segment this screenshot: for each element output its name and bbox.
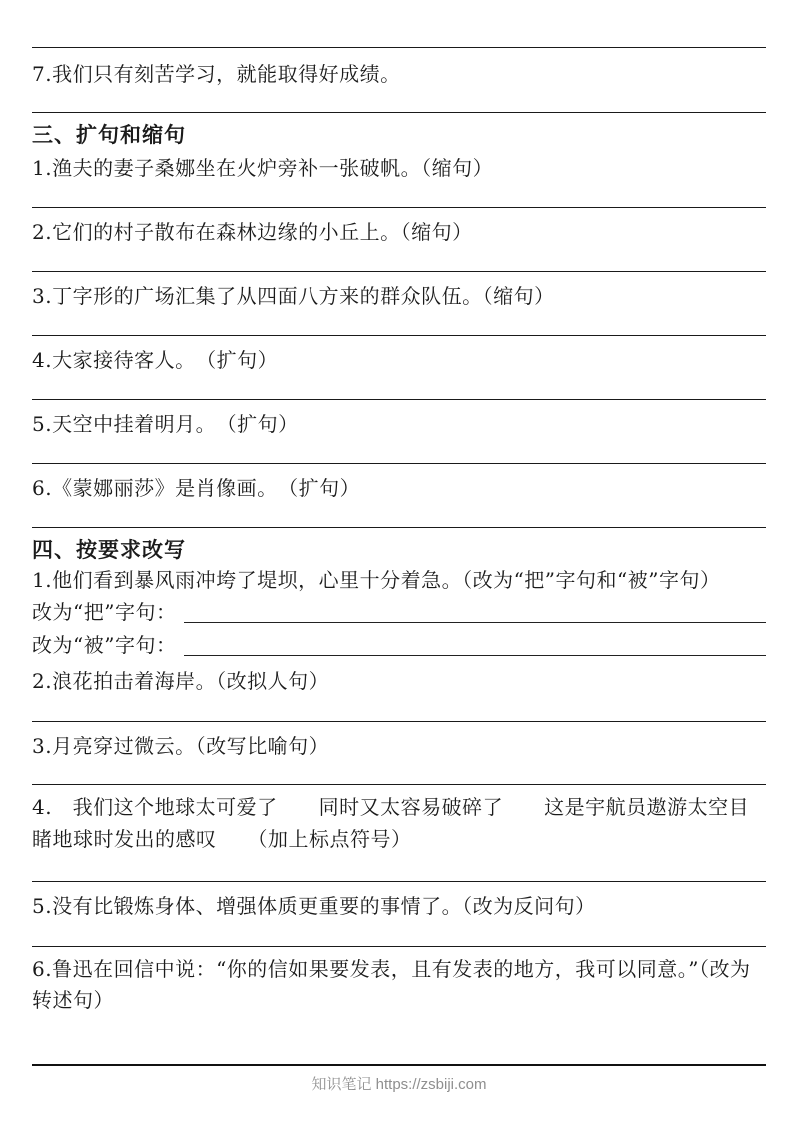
answer-space	[32, 505, 766, 527]
answer-space	[32, 441, 766, 463]
question-item: 3.丁字形的广场汇集了从四面八方来的群众队伍。（缩句）	[32, 272, 766, 313]
answer-space	[32, 185, 766, 207]
section-heading-3: 三、扩句和缩句	[32, 113, 766, 150]
question-item-7: 7.我们只有刻苦学习，就能取得好成绩。	[32, 48, 766, 91]
section-heading-4: 四、按要求改写	[32, 528, 766, 565]
answer-space	[32, 855, 766, 881]
answer-row-ba: 改为“把”字句：	[32, 596, 766, 629]
question-item: 6.《蒙娜丽莎》是肖像画。 （扩句）	[32, 464, 766, 505]
question-item: 2.浪花拍击着海岸。（改拟人句）	[32, 662, 766, 698]
answer-underline	[184, 596, 766, 623]
question-item: 1.渔夫的妻子桑娜坐在火炉旁补一张破帆。（缩句）	[32, 150, 766, 185]
question-item: 1.他们看到暴风雨冲垮了堤坝，心里十分着急。（改为“把”字句和“被”字句）	[32, 565, 766, 596]
question-item: 5.没有比锻炼身体、增强体质更重要的事情了。（改为反问句）	[32, 882, 766, 923]
answer-space	[32, 698, 766, 721]
answer-underline	[184, 629, 766, 656]
footer-site-link[interactable]: 知识笔记 https://zsbiji.com	[311, 1066, 486, 1094]
answer-space	[32, 923, 766, 946]
question-item: 2.它们的村子散布在森林边缘的小丘上。（缩句）	[32, 208, 766, 249]
question-item: 4.大家接待客人。 （扩句）	[32, 336, 766, 377]
page-footer: 知识笔记 https://zsbiji.com	[32, 1064, 766, 1094]
answer-row-bei: 改为“被”字句：	[32, 629, 766, 662]
worksheet-page: 7.我们只有刻苦学习，就能取得好成绩。 三、扩句和缩句 1.渔夫的妻子桑娜坐在火…	[0, 47, 793, 1016]
answer-label: 改为“被”字句：	[32, 629, 176, 662]
question-item: 6.鲁迅在回信中说：“你的信如果要发表，且有发表的地方，我可以同意。”（改为转述…	[32, 947, 766, 1016]
answer-space	[32, 763, 766, 784]
answer-space	[32, 313, 766, 335]
answer-space	[32, 249, 766, 271]
answer-space	[32, 377, 766, 399]
question-item: 5.天空中挂着明月。 （扩句）	[32, 400, 766, 441]
answer-label: 改为“把”字句：	[32, 596, 176, 629]
question-item: 4. 我们这个地球太可爱了 同时又太容易破碎了 这是宇航员遨游太空目睹地球时发出…	[32, 785, 766, 855]
question-item: 3.月亮穿过微云。（改写比喻句）	[32, 722, 766, 763]
